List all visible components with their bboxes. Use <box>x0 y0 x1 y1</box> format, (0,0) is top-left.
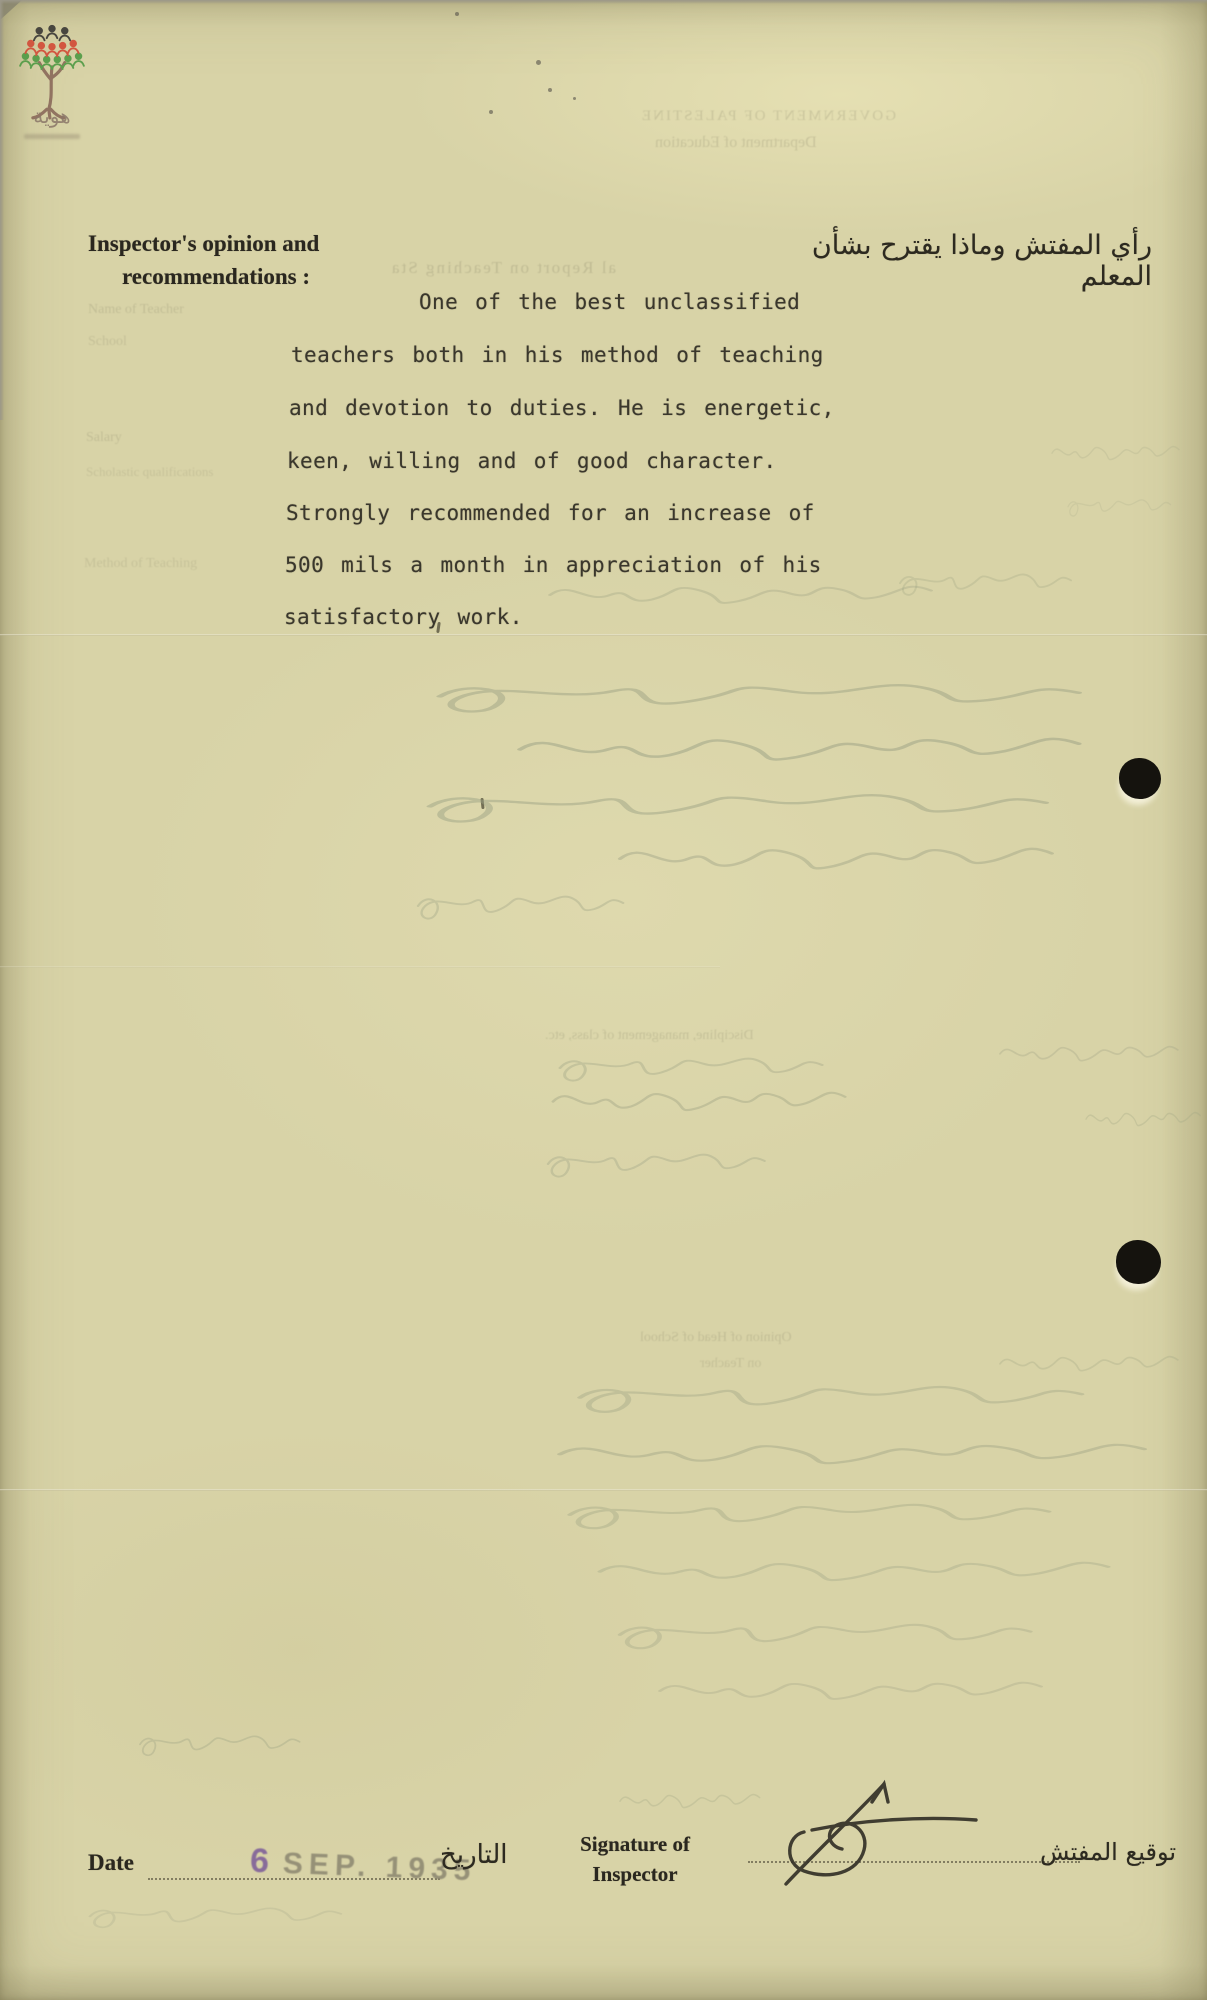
inspector-opinion-heading-line1: Inspector's opinion and <box>88 231 319 257</box>
typed-report-line: and devotion to duties. He is energetic, <box>289 396 835 420</box>
bleedthrough-text: Opinion of Head of School <box>640 1330 792 1346</box>
bleedthrough-text: Department of Education <box>655 134 817 152</box>
signature-label-arabic: توقيع المفتش <box>1040 1838 1176 1866</box>
inspector-opinion-heading-arabic: رأي المفتش وماذا يقترح بشأن المعلم <box>760 230 1152 292</box>
punch-hole <box>1116 1240 1161 1284</box>
bleedthrough-text: Name of Teacher <box>88 302 184 318</box>
punch-hole <box>1119 758 1161 799</box>
date-label: Date <box>88 1850 134 1876</box>
scan-top-edge <box>0 0 1207 4</box>
fold-crease <box>0 634 1207 636</box>
inspector-signature-mark <box>782 1770 982 1890</box>
ink-speck <box>455 12 459 16</box>
watermark-subtitle-blur <box>24 134 80 139</box>
date-stamp-day: 6 <box>249 1842 275 1881</box>
typed-report-line: satisfactory work. <box>284 605 523 629</box>
fold-crease <box>0 1489 1207 1491</box>
signature-label-line1: Signature of <box>560 1832 710 1857</box>
typed-report-line: keen, willing and of good character. <box>287 449 777 473</box>
typed-report-line: 500 mils a month in appreciation of his <box>285 553 822 577</box>
inspector-opinion-heading-line2: recommendations : <box>122 264 310 290</box>
signature-label-line2: Inspector <box>560 1862 710 1887</box>
bleedthrough-text: Discipline, management of class, etc. <box>545 1028 754 1044</box>
ink-speck <box>489 110 493 114</box>
archive-watermark-logo: هوية <box>14 18 94 125</box>
bleedthrough-text: Salary <box>86 430 122 446</box>
typed-report-line: Strongly recommended for an increase of <box>286 501 815 525</box>
fold-crease <box>0 966 720 968</box>
typed-report-line: One of the best unclassified <box>419 290 800 314</box>
watermark-title: هوية <box>14 104 90 128</box>
bleedthrough-text: Method of Teaching <box>84 556 197 572</box>
bleedthrough-text: Scholastic qualifications <box>86 464 213 480</box>
ink-tick-mark <box>480 798 484 809</box>
ink-speck <box>548 88 552 92</box>
ink-speck <box>573 97 576 100</box>
ink-speck <box>536 60 541 65</box>
scan-left-edge <box>0 0 4 420</box>
bleedthrough-text: al Report on Teaching Sta <box>390 258 616 278</box>
bleedthrough-text: School <box>88 334 127 350</box>
scanned-document-page: هوية GOVERNMENT OF PALESTINE Department … <box>0 0 1207 2000</box>
date-label-arabic: التاريخ <box>440 1840 508 1870</box>
bleedthrough-text: on Teacher <box>700 1356 761 1372</box>
bleedthrough-text: GOVERNMENT OF PALESTINE <box>640 108 896 125</box>
typed-report-line: teachers both in his method of teaching <box>291 343 824 367</box>
